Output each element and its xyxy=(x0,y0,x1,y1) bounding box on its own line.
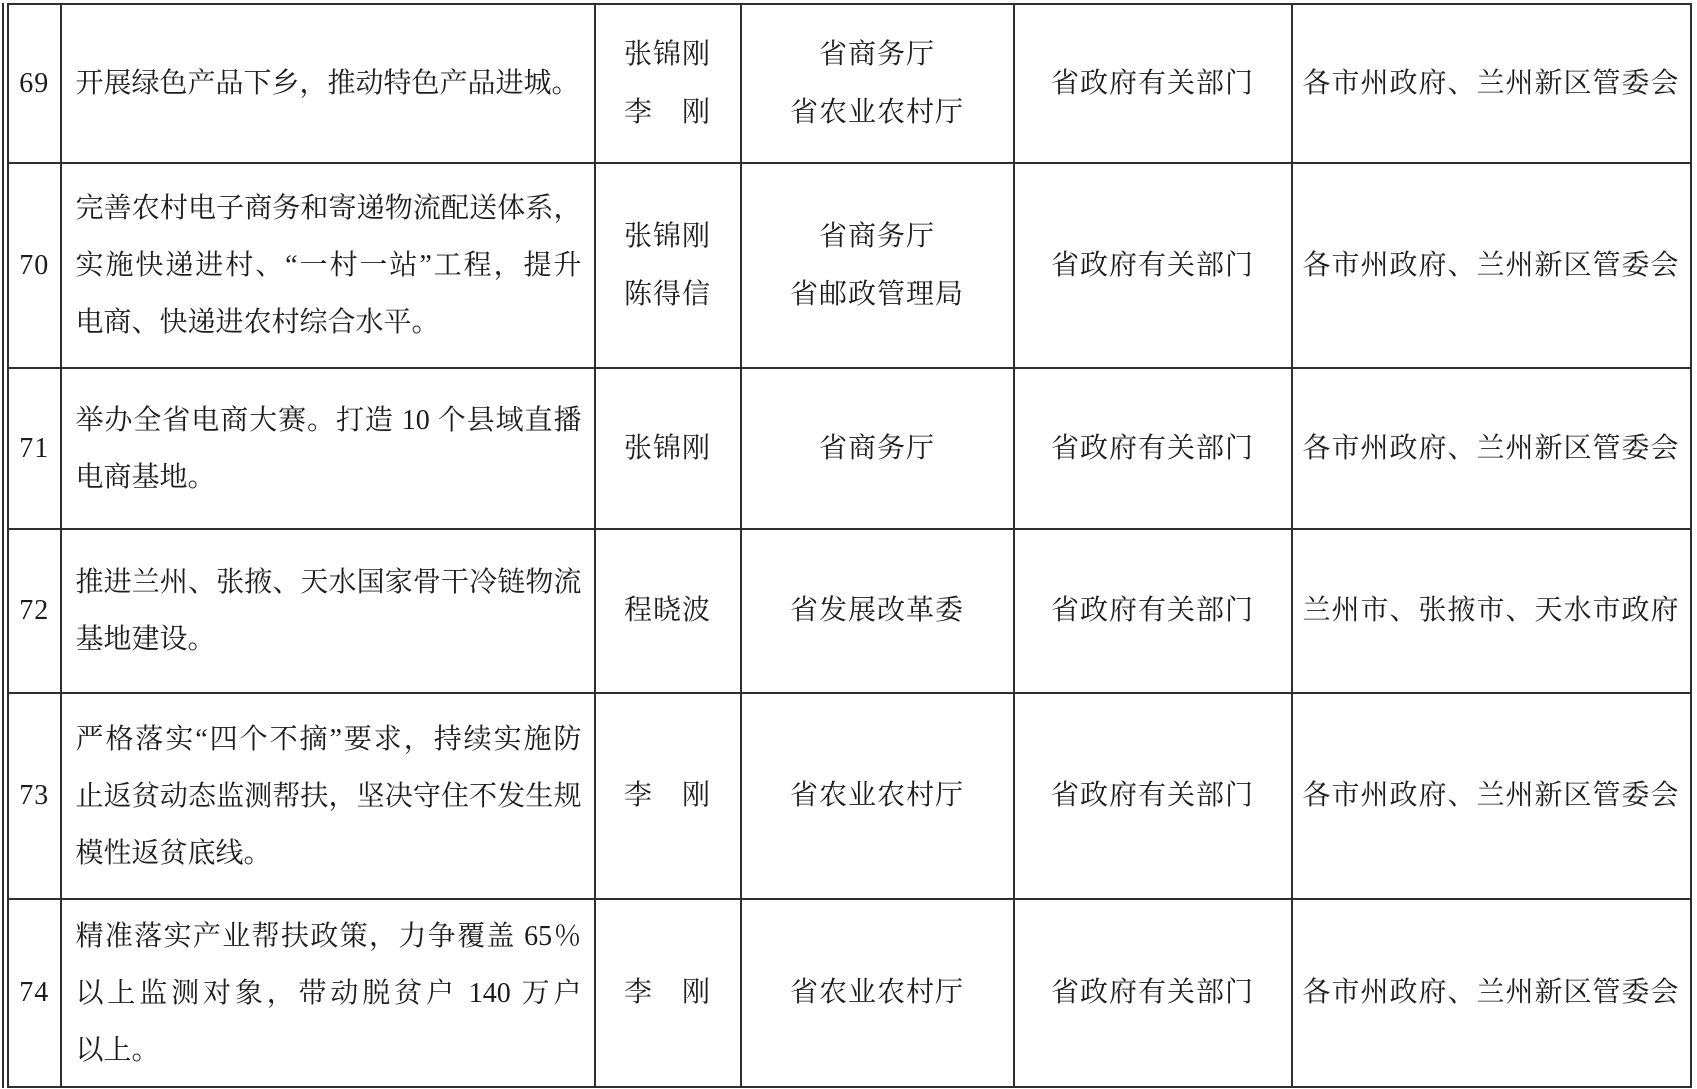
responsible-leaders: 李 刚 xyxy=(595,899,741,1087)
text-line: 开展绿色产品下乡，推动特色产品进城。 xyxy=(76,55,582,112)
text-line: 模性返贫底线。 xyxy=(76,825,582,882)
text-line: 止返贫动态监测帮扶，坚决守住不发生规 xyxy=(76,768,582,825)
row-number: 71 xyxy=(6,368,61,529)
task-assignment-table: 69 开展绿色产品下乡，推动特色产品进城。 张锦刚李 刚 省商务厅省农业农村厅 … xyxy=(2,3,1692,1088)
implementing-units: 兰州市、张掖市、天水市政府 xyxy=(1292,529,1691,693)
text-line: 程晓波 xyxy=(596,582,740,640)
text-line: 以上。 xyxy=(76,1022,582,1079)
implementing-units: 各市州政府、兰州新区管委会 xyxy=(1292,163,1691,368)
text-line: 基地建设。 xyxy=(76,611,582,668)
text-line: 推进兰州、张掖、天水国家骨干冷链物流 xyxy=(76,554,582,611)
row-number: 72 xyxy=(6,529,61,693)
task-description: 推进兰州、张掖、天水国家骨干冷链物流基地建设。 xyxy=(61,529,595,693)
text-line: 省政府有关部门 xyxy=(1015,767,1291,825)
task-description: 精准落实产业帮扶政策，力争覆盖 65％以上监测对象，带动脱贫户 140 万户以上… xyxy=(61,899,595,1087)
cooperating-departments: 省政府有关部门 xyxy=(1014,163,1292,368)
cooperating-departments: 省政府有关部门 xyxy=(1014,368,1292,529)
text-line: 省政府有关部门 xyxy=(1015,582,1291,640)
table-row: 70 完善农村电子商务和寄递物流配送体系，实施快递进村、“一村一站”工程，提升电… xyxy=(6,163,1691,368)
responsible-leaders: 李 刚 xyxy=(595,693,741,899)
implementing-units: 各市州政府、兰州新区管委会 xyxy=(1292,368,1691,529)
text-line: 省商务厅 xyxy=(742,420,1013,478)
text-line: 省政府有关部门 xyxy=(1015,420,1291,478)
text-line: 兰州市、张掖市、天水市政府 xyxy=(1293,582,1690,640)
task-description: 严格落实“四个不摘”要求，持续实施防止返贫动态监测帮扶，坚决守住不发生规模性返贫… xyxy=(61,693,595,899)
text-line: 省农业农村厅 xyxy=(742,84,1013,142)
text-line: 完善农村电子商务和寄递物流配送体系， xyxy=(76,180,582,237)
text-line: 张锦刚 xyxy=(596,26,740,84)
text-line: 精准落实产业帮扶政策，力争覆盖 65％ xyxy=(76,908,582,965)
text-line: 以上监测对象，带动脱贫户 140 万户 xyxy=(76,965,582,1022)
text-line: 张锦刚 xyxy=(596,208,740,266)
cooperating-departments: 省政府有关部门 xyxy=(1014,899,1292,1087)
row-number: 74 xyxy=(6,899,61,1087)
text-line: 李 刚 xyxy=(596,84,740,142)
row-number: 73 xyxy=(6,693,61,899)
text-line: 实施快递进村、“一村一站”工程，提升 xyxy=(76,237,582,294)
text-line: 张锦刚 xyxy=(596,420,740,478)
text-line: 各市州政府、兰州新区管委会 xyxy=(1293,55,1690,113)
text-line: 电商、快递进农村综合水平。 xyxy=(76,294,582,351)
text-line: 李 刚 xyxy=(596,767,740,825)
lead-departments: 省农业农村厅 xyxy=(741,693,1014,899)
table-row: 72 推进兰州、张掖、天水国家骨干冷链物流基地建设。 程晓波 省发展改革委 省政… xyxy=(6,529,1691,693)
table-row: 74 精准落实产业帮扶政策，力争覆盖 65％以上监测对象，带动脱贫户 140 万… xyxy=(6,899,1691,1087)
cooperating-departments: 省政府有关部门 xyxy=(1014,4,1292,163)
table-row: 69 开展绿色产品下乡，推动特色产品进城。 张锦刚李 刚 省商务厅省农业农村厅 … xyxy=(6,4,1691,163)
implementing-units: 各市州政府、兰州新区管委会 xyxy=(1292,693,1691,899)
cooperating-departments: 省政府有关部门 xyxy=(1014,529,1292,693)
text-line: 严格落实“四个不摘”要求，持续实施防 xyxy=(76,711,582,768)
text-line: 省农业农村厅 xyxy=(742,964,1013,1022)
table-row: 73 严格落实“四个不摘”要求，持续实施防止返贫动态监测帮扶，坚决守住不发生规模… xyxy=(6,693,1691,899)
text-line: 省政府有关部门 xyxy=(1015,55,1291,113)
text-line: 各市州政府、兰州新区管委会 xyxy=(1293,237,1690,295)
text-line: 省政府有关部门 xyxy=(1015,237,1291,295)
text-line: 举办全省电商大赛。打造 10 个县域直播 xyxy=(76,392,582,449)
responsible-leaders: 张锦刚 xyxy=(595,368,741,529)
lead-departments: 省商务厅省邮政管理局 xyxy=(741,163,1014,368)
row-number: 70 xyxy=(6,163,61,368)
responsible-leaders: 张锦刚李 刚 xyxy=(595,4,741,163)
implementing-units: 各市州政府、兰州新区管委会 xyxy=(1292,899,1691,1087)
text-line: 电商基地。 xyxy=(76,449,582,506)
lead-departments: 省发展改革委 xyxy=(741,529,1014,693)
text-line: 陈得信 xyxy=(596,266,740,324)
text-line: 省邮政管理局 xyxy=(742,266,1013,324)
cooperating-departments: 省政府有关部门 xyxy=(1014,693,1292,899)
task-description: 完善农村电子商务和寄递物流配送体系，实施快递进村、“一村一站”工程，提升电商、快… xyxy=(61,163,595,368)
responsible-leaders: 程晓波 xyxy=(595,529,741,693)
table-row: 71 举办全省电商大赛。打造 10 个县域直播电商基地。 张锦刚 省商务厅 省政… xyxy=(6,368,1691,529)
task-description: 开展绿色产品下乡，推动特色产品进城。 xyxy=(61,4,595,163)
text-line: 省商务厅 xyxy=(742,26,1013,84)
responsible-leaders: 张锦刚陈得信 xyxy=(595,163,741,368)
lead-departments: 省农业农村厅 xyxy=(741,899,1014,1087)
text-line: 省农业农村厅 xyxy=(742,767,1013,825)
text-line: 各市州政府、兰州新区管委会 xyxy=(1293,420,1690,478)
task-description: 举办全省电商大赛。打造 10 个县域直播电商基地。 xyxy=(61,368,595,529)
text-line: 省发展改革委 xyxy=(742,582,1013,640)
text-line: 省商务厅 xyxy=(742,208,1013,266)
lead-departments: 省商务厅 xyxy=(741,368,1014,529)
text-line: 各市州政府、兰州新区管委会 xyxy=(1293,767,1690,825)
row-number: 69 xyxy=(6,4,61,163)
text-line: 各市州政府、兰州新区管委会 xyxy=(1293,964,1690,1022)
implementing-units: 各市州政府、兰州新区管委会 xyxy=(1292,4,1691,163)
text-line: 李 刚 xyxy=(596,964,740,1022)
lead-departments: 省商务厅省农业农村厅 xyxy=(741,4,1014,163)
text-line: 省政府有关部门 xyxy=(1015,964,1291,1022)
